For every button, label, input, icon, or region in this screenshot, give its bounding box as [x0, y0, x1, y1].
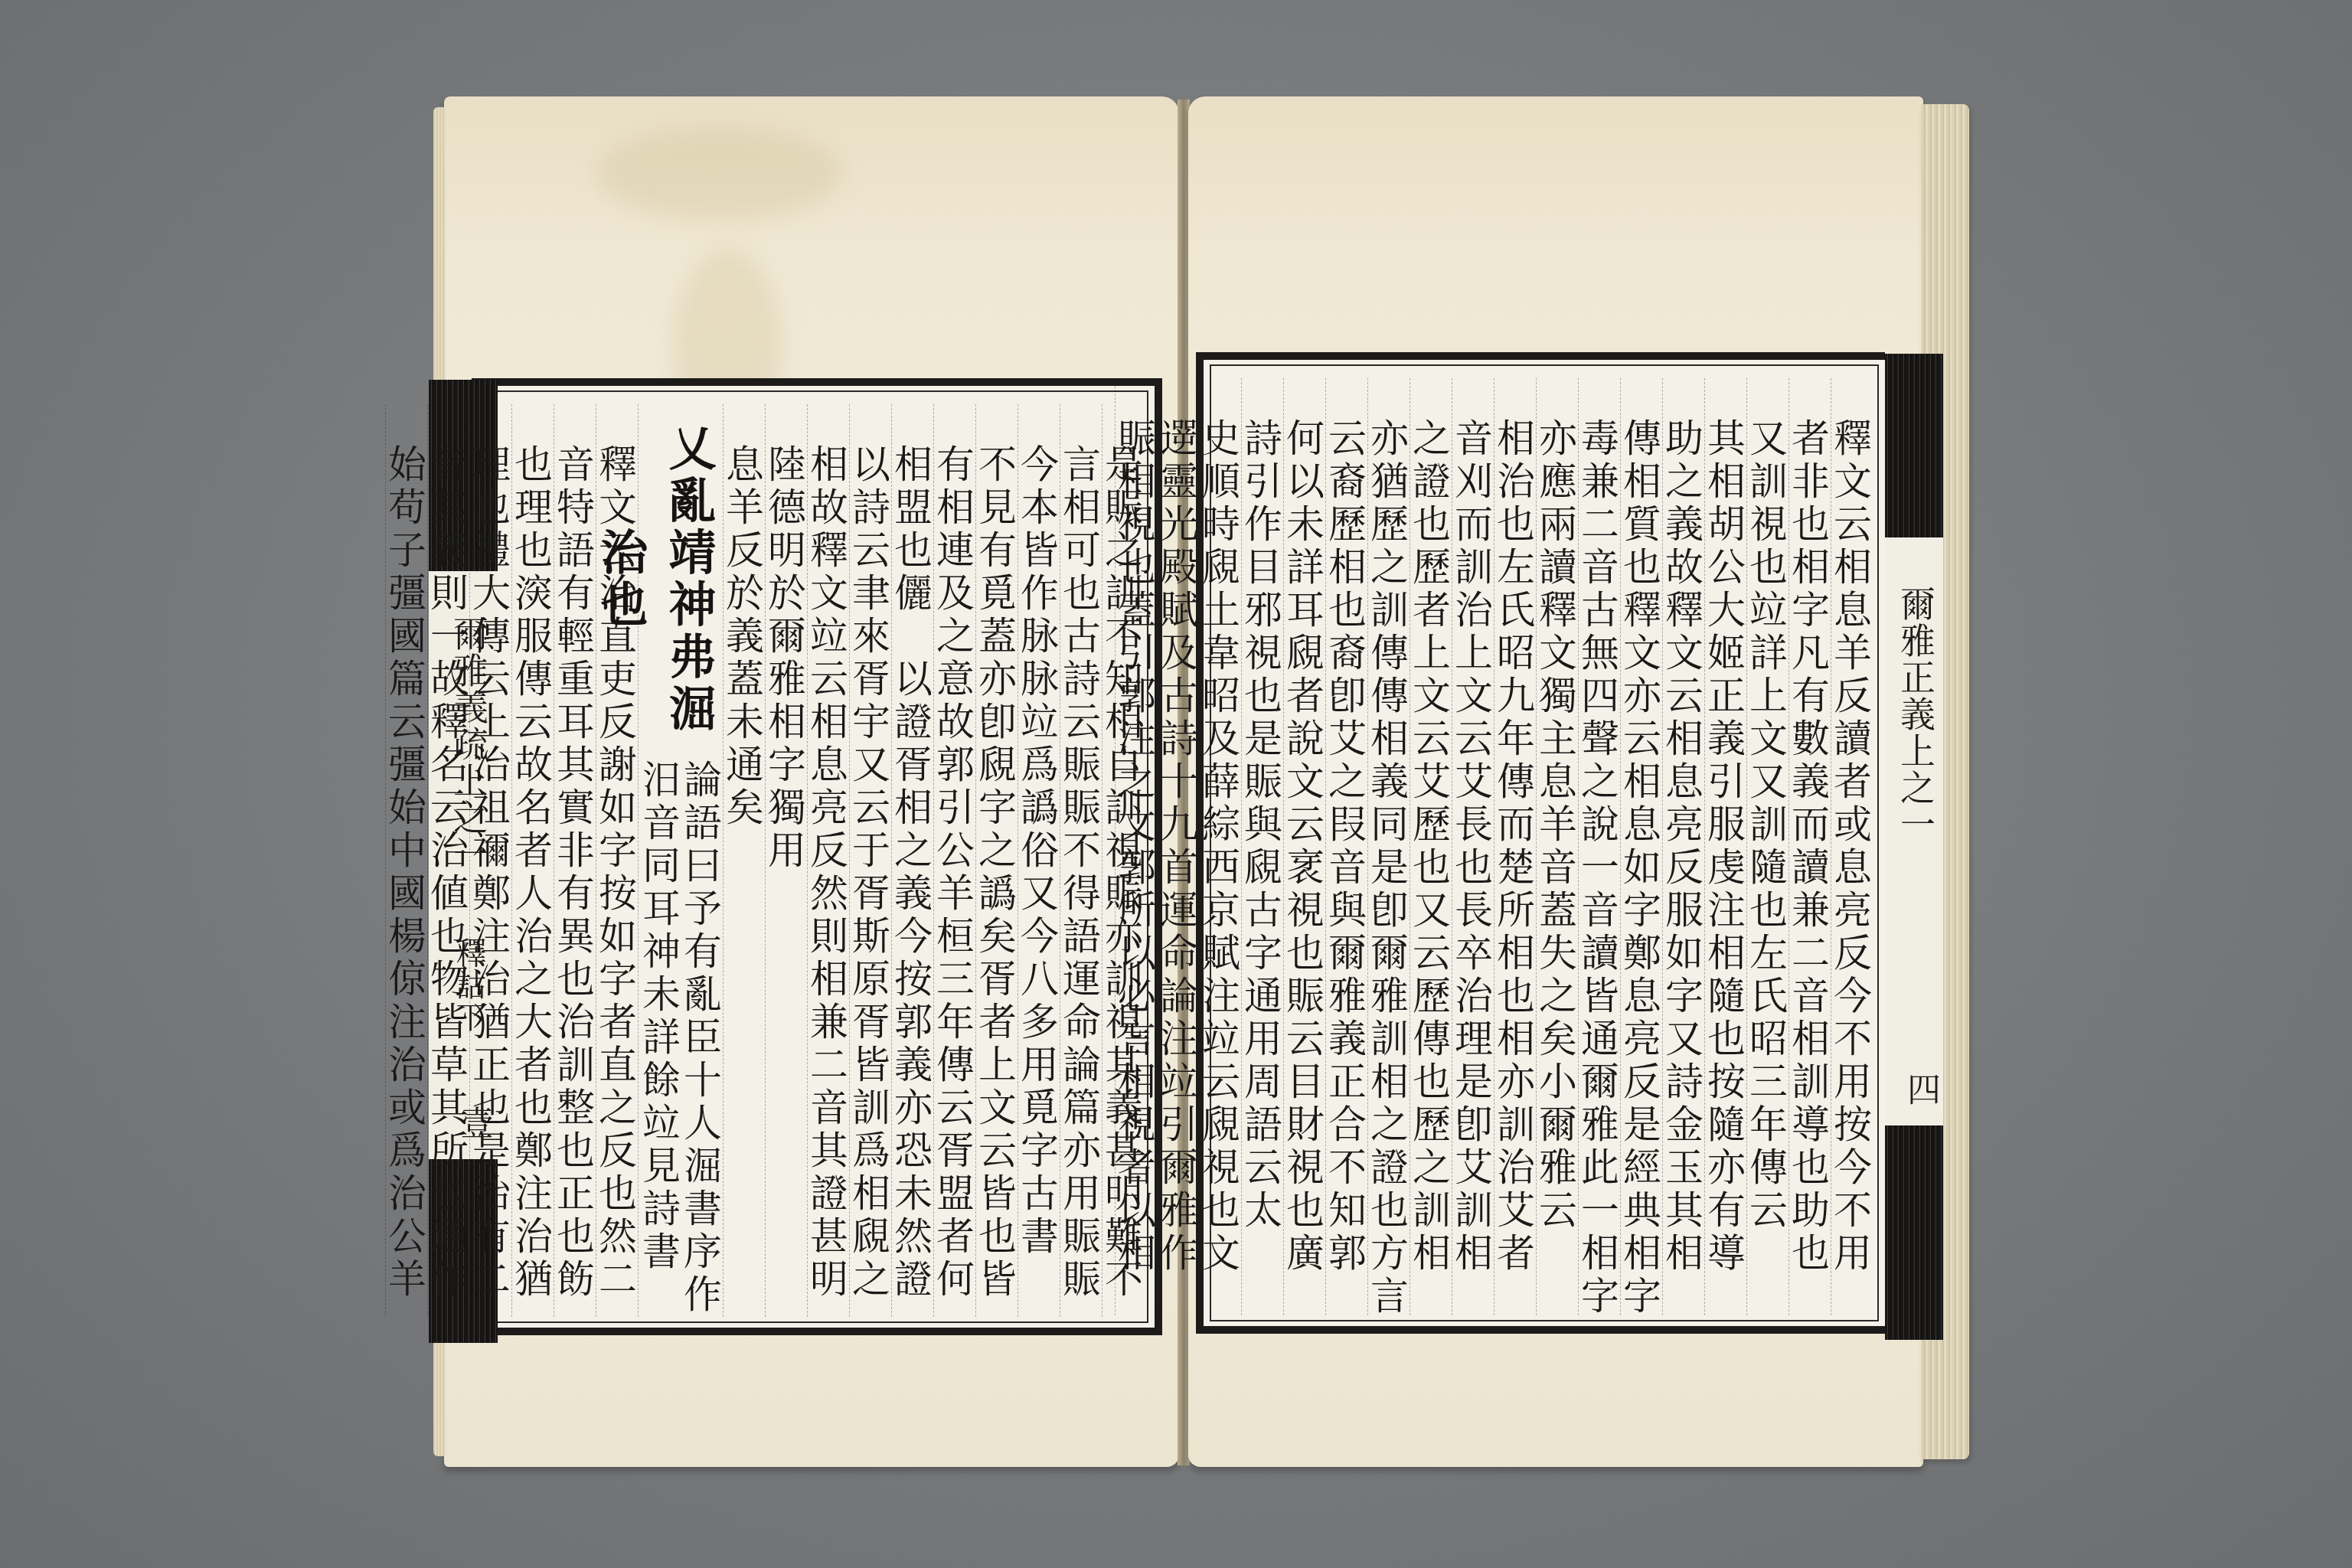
text-column: 云裔歷相也裔卽艾之叚音與爾雅義正合不知郭 [1325, 378, 1367, 1315]
right-text-columns: 釋文云相息羊反讀者或息亮反今不用按今不用 者非也相字凡有數義而讀兼二音相訓導也助… [1210, 378, 1873, 1315]
text-column: 亦猶歷之訓傳傳相義同是卽爾雅訓相之證也方言 [1367, 378, 1410, 1315]
text-column: 相盟也儷𠊱以證胥相之義今按郭義亦恐未然證 [891, 404, 933, 1317]
text-column: 音刈而訓治上文云艾長也長卒治理是卽艾訓相 [1452, 378, 1494, 1315]
text-column: 相故釋文竝云相息亮反然則相兼二音其證甚明 [807, 404, 849, 1317]
text-column: 今本皆作脉脉竝爲譌俗又今八多用覓字古書 [1018, 404, 1060, 1317]
text-column: 史順時覛土韋昭及薛綜西京賦注竝云覛視也文 [1199, 378, 1241, 1315]
text-column: 助之義故釋文云相息亮反服如字又詩金玉其相 [1662, 378, 1704, 1315]
left-print-frame: 爾雅義疏上之一 釋詁下 壹 是賑之訓不知相自訓視賑亦訓視其義甚明難不 言相可也古… [472, 378, 1162, 1335]
text-column: 不見有覓蓋亦卽覛字之譌矣胥者上文云皆也皆 [975, 404, 1018, 1317]
text-column: 毒兼二音古無四聲之說一音讀皆通爾雅此一相字 [1578, 378, 1620, 1315]
upper-fish-tail [1885, 354, 1943, 537]
lower-fish-tail [1885, 1125, 1943, 1340]
text-column: 亦應兩讀釋文獨主息羊音蓋失之矣小爾雅云 [1536, 378, 1578, 1315]
entry-notes: 論語曰予有亂臣十人淈書序作 汨音同耳神未詳餘竝見詩書 [639, 755, 723, 1317]
text-column: 始苟子彊國篇云彊始中國楊倞注治或爲治公羊 [385, 404, 427, 1317]
left-page: 爾雅義疏上之一 釋詁下 壹 是賑之訓不知相自訓視賑亦訓視其義甚明難不 言相可也古… [444, 96, 1179, 1467]
text-column: 息羊反於義蓋未通矣 [723, 404, 765, 1317]
text-column: 相治也左氏昭九年傳而楚所相也相亦訓治艾者 [1494, 378, 1536, 1315]
margin-page-number: 四 [1896, 1072, 1945, 1106]
text-column: 傳相質也釋文亦云相息如字鄭息亮反是經典相字 [1620, 378, 1662, 1315]
note-column: 論語曰予有亂臣十人淈書序作 [681, 755, 723, 1317]
text-column: 也理也㴱服傳云故名者人治之大者也鄭注治猶 [511, 404, 554, 1317]
text-column: 陸德明於爾雅相字獨用 [765, 404, 807, 1317]
text-column: 其相胡公大姬正義引服虔注相隨也按隨亦有導 [1704, 378, 1746, 1315]
open-book: 爾雅義疏上之一 釋詁下 壹 是賑之訓不知相自訓視賑亦訓視其義甚明難不 言相可也古… [444, 96, 1975, 1467]
text-column: 遻靈光殿賦及古詩十九首運命論注竝引爾雅作 [1157, 378, 1199, 1315]
note-column: 汨音同耳神未詳餘竝見詩書 [640, 755, 681, 1317]
text-column: 以詩云聿來胥宇又云于胥斯原胥皆訓爲相覛之 [849, 404, 891, 1317]
entry-block: 乂亂靖神弗淈治也 論語曰予有亂臣十人淈書序作 汨音同耳神未詳餘竝見詩書 [638, 404, 723, 1317]
margin-book-title: 爾雅正義上之一 [1896, 586, 1935, 843]
right-print-frame: 爾雅正義上之一 四 釋文云相息羊反讀者或息亮反今不用按今不用 者非也相字凡有數義… [1196, 352, 1885, 1334]
right-page: 爾雅正義上之一 四 釋文云相息羊反讀者或息亮反今不用按今不用 者非也相字凡有數義… [1188, 96, 1923, 1467]
text-column: 者非也相字凡有數義而讀兼二音相訓導也助也 [1788, 378, 1831, 1315]
text-column: 賑相視也蓋引郭注之文郭所以必言相視者以相 [1115, 378, 1157, 1315]
text-column: 有相連及之意故郭引公羊桓三年傳云胥盟者何 [933, 404, 975, 1317]
text-column: 詩引作目邪視也是賑與覛古字通用周語云太 [1241, 378, 1283, 1315]
paper-stain [597, 127, 842, 219]
entry-headword: 乂亂靖神弗淈治也 [639, 404, 723, 755]
text-column: 音其義則一故釋名云治値也物皆草其所也通作 [427, 404, 469, 1317]
text-column: 釋文云相息羊反讀者或息亮反今不用按今不用 [1831, 378, 1873, 1315]
right-page-margin-column: 爾雅正義上之一 四 [1885, 360, 1943, 1326]
left-text-columns: 是賑之訓不知相自訓視賑亦訓視其義甚明難不 言相可也古詩云賑賑不得語運命論篇亦用賑… [499, 404, 1144, 1317]
text-column: 又訓視也竝詳上文又訓隨也左氏昭三年傳云 [1746, 378, 1788, 1315]
text-column: 言相可也古詩云賑賑不得語運命論篇亦用賑賑 [1060, 404, 1102, 1317]
text-column: 之證也歷者上文云艾歷也又云歷傳也歷之訓相 [1410, 378, 1452, 1315]
text-column: 理也禮大傳云上治祖禰鄭注治猶正也是治有二 [469, 404, 511, 1317]
text-column: 何以未詳耳覛者說文云衺視也賑云目財視也廣 [1283, 378, 1325, 1315]
